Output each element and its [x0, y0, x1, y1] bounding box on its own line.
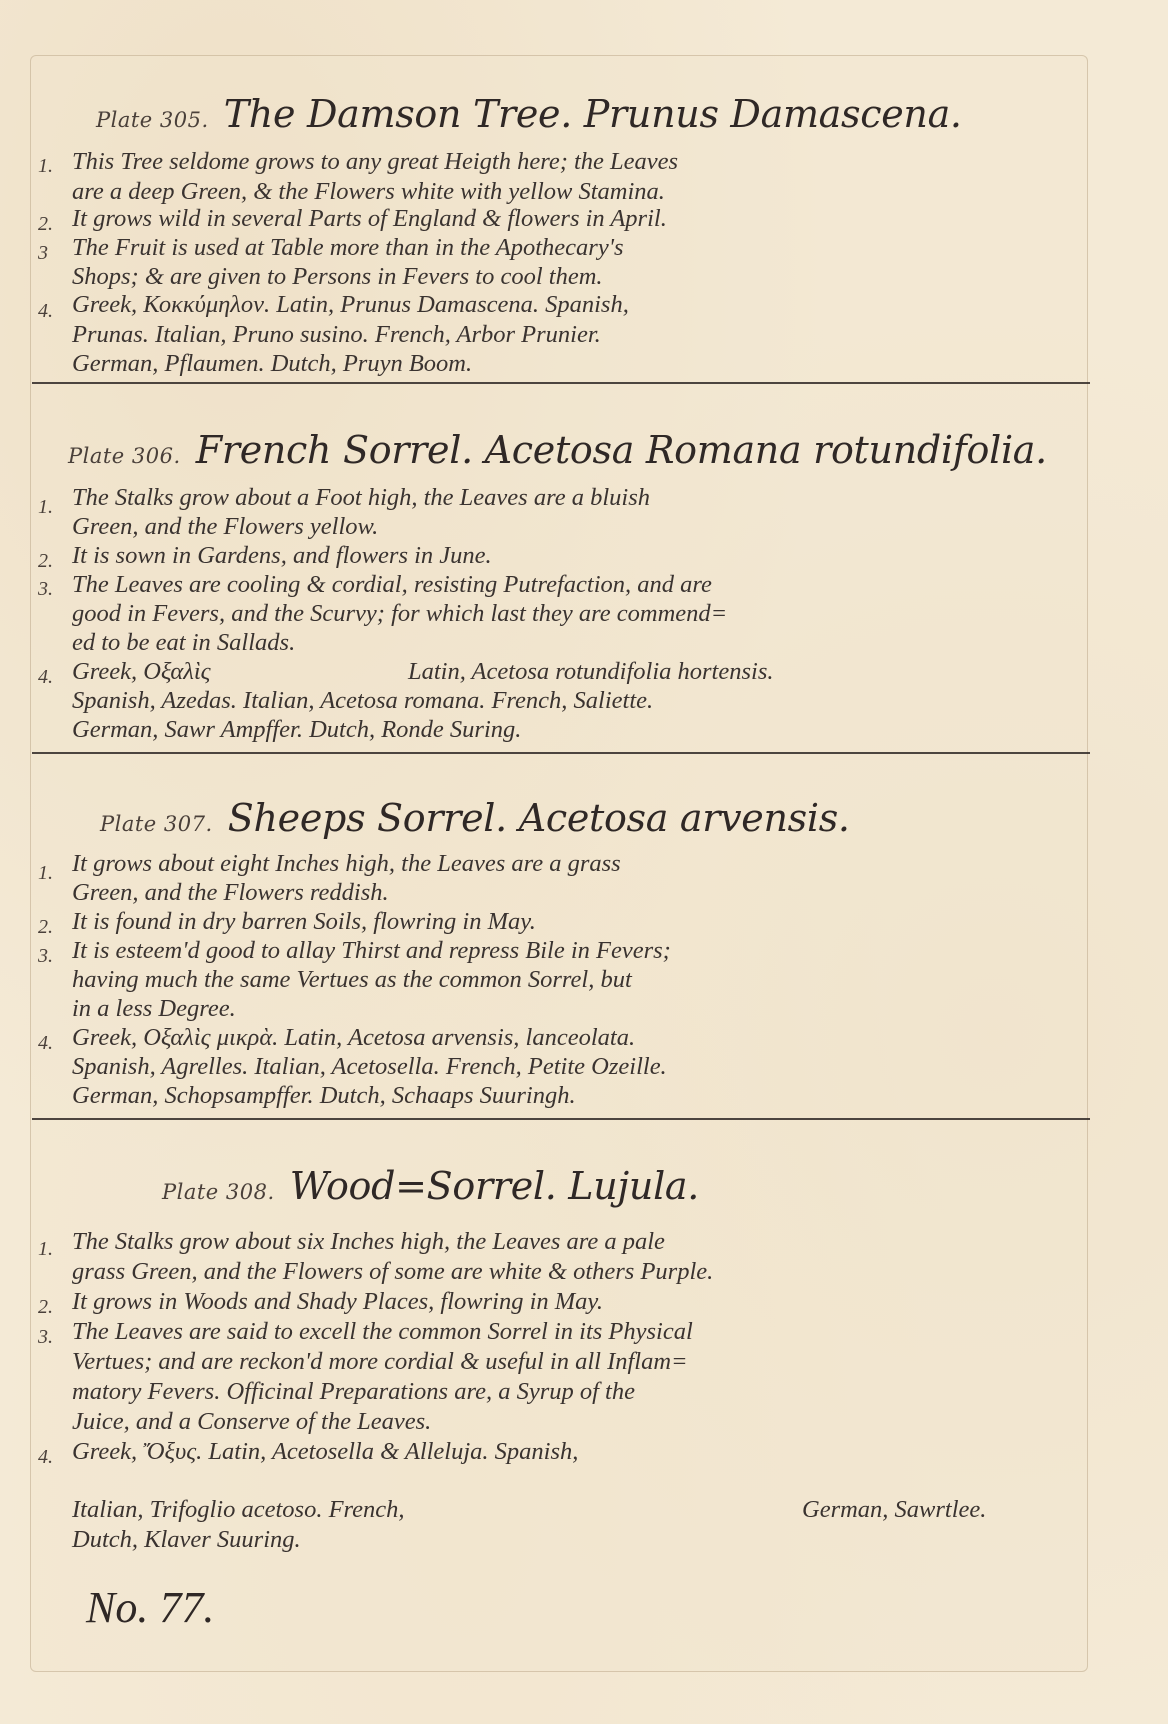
item-number: 1. — [38, 496, 53, 519]
text-line: The Leaves are cooling & cordial, resist… — [72, 573, 712, 598]
text-line: Green, and the Flowers reddish. — [72, 881, 389, 906]
item-number: 1. — [38, 1238, 53, 1261]
text-line: German, Schopsampffer. Dutch, Schaaps Su… — [72, 1084, 576, 1109]
plate-title: French Sorrel. Acetosa Romana rotundifol… — [196, 428, 1047, 472]
text-line: Greek, Οξαλὶς — [72, 660, 211, 685]
text-line: Greek, Οξαλὶς μικρὰ. Latin, Acetosa arve… — [72, 1026, 635, 1051]
item-number: 2. — [38, 916, 53, 939]
item-number: 4. — [38, 1032, 53, 1055]
text-line: It grows wild in several Parts of Englan… — [72, 207, 667, 232]
plate-label: Plate 306. — [68, 444, 181, 468]
entry-heading: Plate 305. The Damson Tree. Prunus Damas… — [96, 92, 962, 136]
item-number: 3. — [38, 945, 53, 968]
text-line: Greek, Κοκκύμηλον. Latin, Prunus Damasce… — [72, 293, 629, 318]
text-line: Italian, Trifoglio acetoso. French, — [72, 1498, 405, 1523]
text-line: It is found in dry barren Soils, flowrin… — [72, 910, 536, 935]
text-line: in a less Degree. — [72, 997, 236, 1022]
page-number: No. 77. — [86, 1582, 214, 1633]
text-line: having much the same Vertues as the comm… — [72, 968, 632, 993]
plate-title: The Damson Tree. Prunus Damascena. — [224, 92, 962, 136]
item-number: 3. — [38, 578, 53, 601]
text-line: Latin, Acetosa rotundifolia hortensis. — [408, 660, 773, 685]
text-line: matory Fevers. Officinal Preparations ar… — [72, 1380, 635, 1405]
text-line: The Stalks grow about a Foot high, the L… — [72, 486, 650, 511]
text-line: Green, and the Flowers yellow. — [72, 515, 378, 540]
text-line: ed to be eat in Sallads. — [72, 631, 295, 656]
text-line: Spanish, Agrelles. Italian, Acetosella. … — [72, 1055, 667, 1080]
section-divider — [32, 752, 1090, 754]
plate-label: Plate 307. — [100, 812, 213, 836]
text-line: Shops; & are given to Persons in Fevers … — [72, 265, 603, 290]
text-line: Vertues; and are reckon'd more cordial &… — [72, 1350, 688, 1375]
text-line: It is sown in Gardens, and flowers in Ju… — [72, 544, 492, 569]
text-line: The Leaves are said to excell the common… — [72, 1320, 693, 1345]
entry-heading: Plate 306. French Sorrel. Acetosa Romana… — [68, 428, 1047, 472]
item-number: 2. — [38, 1296, 53, 1319]
item-number: 2. — [38, 550, 53, 573]
text-line: German, Pflaumen. Dutch, Pruyn Boom. — [72, 352, 472, 377]
item-number: 2. — [38, 213, 53, 236]
entry-heading: Plate 307. Sheeps Sorrel. Acetosa arvens… — [100, 796, 850, 840]
item-number: 1. — [38, 862, 53, 885]
section-divider — [32, 382, 1090, 384]
text-line: It grows in Woods and Shady Places, flow… — [72, 1290, 603, 1315]
item-number: 1. — [38, 155, 53, 178]
item-number: 4. — [38, 1446, 53, 1469]
text-line: It is esteem'd good to allay Thirst and … — [72, 939, 671, 964]
item-number: 3 — [38, 242, 48, 265]
text-line: German, Sawr Ampffer. Dutch, Ronde Surin… — [72, 718, 521, 743]
text-line: Prunas. Italian, Pruno susino. French, A… — [72, 323, 601, 348]
text-line: The Fruit is used at Table more than in … — [72, 236, 623, 261]
text-line: Dutch, Klaver Suuring. — [72, 1528, 301, 1553]
section-divider — [32, 1118, 1090, 1120]
plate-label: Plate 305. — [96, 108, 209, 132]
text-line: grass Green, and the Flowers of some are… — [72, 1260, 713, 1285]
item-number: 4. — [38, 666, 53, 689]
item-number: 4. — [38, 300, 53, 323]
text-line: It grows about eight Inches high, the Le… — [72, 852, 621, 877]
text-line: Spanish, Azedas. Italian, Acetosa romana… — [72, 689, 653, 714]
text-line: good in Fevers, and the Scurvy; for whic… — [72, 602, 727, 627]
item-number: 3. — [38, 1326, 53, 1349]
text-line: are a deep Green, & the Flowers white wi… — [72, 180, 665, 205]
text-line: German, Sawrtlee. — [802, 1498, 986, 1523]
plate-title: Wood=Sorrel. Lujula. — [290, 1164, 699, 1208]
plate-label: Plate 308. — [162, 1180, 275, 1204]
text-line: The Stalks grow about six Inches high, t… — [72, 1230, 665, 1255]
entry-heading: Plate 308. Wood=Sorrel. Lujula. — [162, 1164, 699, 1208]
plate-title: Sheeps Sorrel. Acetosa arvensis. — [228, 796, 850, 840]
text-line: This Tree seldome grows to any great Hei… — [72, 150, 678, 175]
text-line: Juice, and a Conserve of the Leaves. — [72, 1410, 431, 1435]
text-line: Greek, Ὄξυς. Latin, Acetosella & Alleluj… — [72, 1440, 578, 1465]
